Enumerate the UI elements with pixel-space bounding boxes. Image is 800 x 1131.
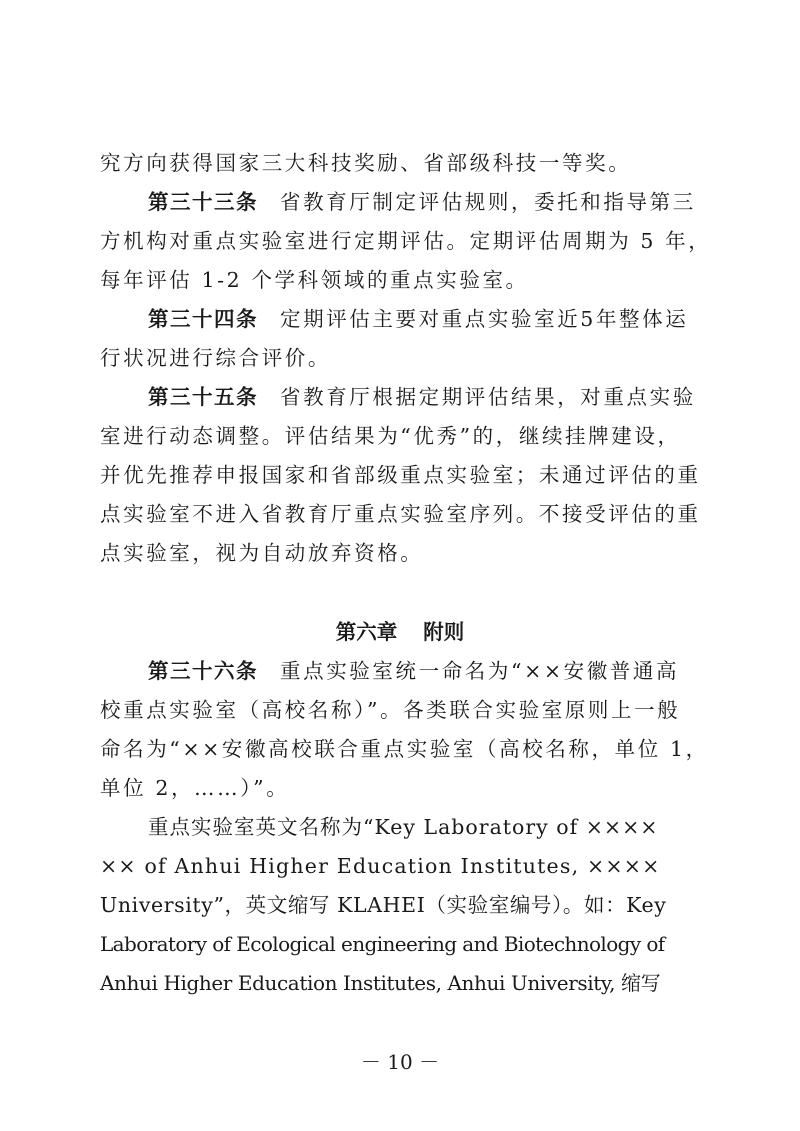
paragraph-line: 室进行动态调整。评估结果为“优秀”的，继续挂牌建设， <box>100 423 672 449</box>
paragraph-line: 命名为“××安徽高校联合重点实验室（高校名称，单位 1， <box>100 736 672 762</box>
article-35: 第三十五条省教育厅根据定期评估结果，对重点实验 <box>148 384 672 410</box>
paragraph-line: 每年评估 1-2 个学科领域的重点实验室。 <box>100 267 672 293</box>
paragraph-line: 行状况进行综合评价。 <box>100 345 672 371</box>
chapter-heading: 第六章附则 <box>0 619 800 645</box>
paragraph-line: 方机构对重点实验室进行定期评估。定期评估周期为 5 年， <box>100 228 672 254</box>
paragraph-line: 并优先推荐申报国家和省部级重点实验室；未通过评估的重 <box>100 462 672 488</box>
paragraph-line: Laboratory of Ecological engineering and… <box>100 931 672 957</box>
paragraph-line: 重点实验室英文名称为“Key Laboratory of ×××× <box>148 814 672 840</box>
chapter-title: 附则 <box>423 620 464 644</box>
paragraph-line: 点实验室不进入省教育厅重点实验室序列。不接受评估的重 <box>100 501 672 527</box>
article-text: 重点实验室统一命名为“××安徽普通高 <box>280 659 679 683</box>
paragraph-line: 单位 2，……）”。 <box>100 775 672 801</box>
article-text: 省教育厅根据定期评估结果，对重点实验 <box>280 385 696 409</box>
article-number: 第三十四条 <box>148 307 258 331</box>
chapter-number: 第六章 <box>336 620 398 644</box>
paragraph-line: 究方向获得国家三大科技奖励、省部级科技一等奖。 <box>100 150 672 176</box>
page-number: － 10 － <box>0 1046 800 1075</box>
article-33: 第三十三条省教育厅制定评估规则，委托和指导第三 <box>148 189 672 215</box>
paragraph-line: University”，英文缩写 KLAHEI（实验室编号）。如：Key <box>100 892 672 918</box>
article-text: 省教育厅制定评估规则，委托和指导第三 <box>280 190 696 214</box>
article-text: 定期评估主要对重点实验室近5年整体运 <box>280 307 688 331</box>
paragraph-line: ×× of Anhui Higher Education Institutes,… <box>100 853 672 879</box>
paragraph-line: 点实验室，视为自动放弃资格。 <box>100 540 672 566</box>
article-36: 第三十六条重点实验室统一命名为“××安徽普通高 <box>148 658 672 684</box>
article-number: 第三十五条 <box>148 385 258 409</box>
article-34: 第三十四条定期评估主要对重点实验室近5年整体运 <box>148 306 672 332</box>
article-number: 第三十六条 <box>148 659 258 683</box>
paragraph-line: 校重点实验室（高校名称）”。各类联合实验室原则上一般 <box>100 697 672 723</box>
article-number: 第三十三条 <box>148 190 258 214</box>
paragraph-line: Anhui Higher Education Institutes, Anhui… <box>100 970 672 996</box>
